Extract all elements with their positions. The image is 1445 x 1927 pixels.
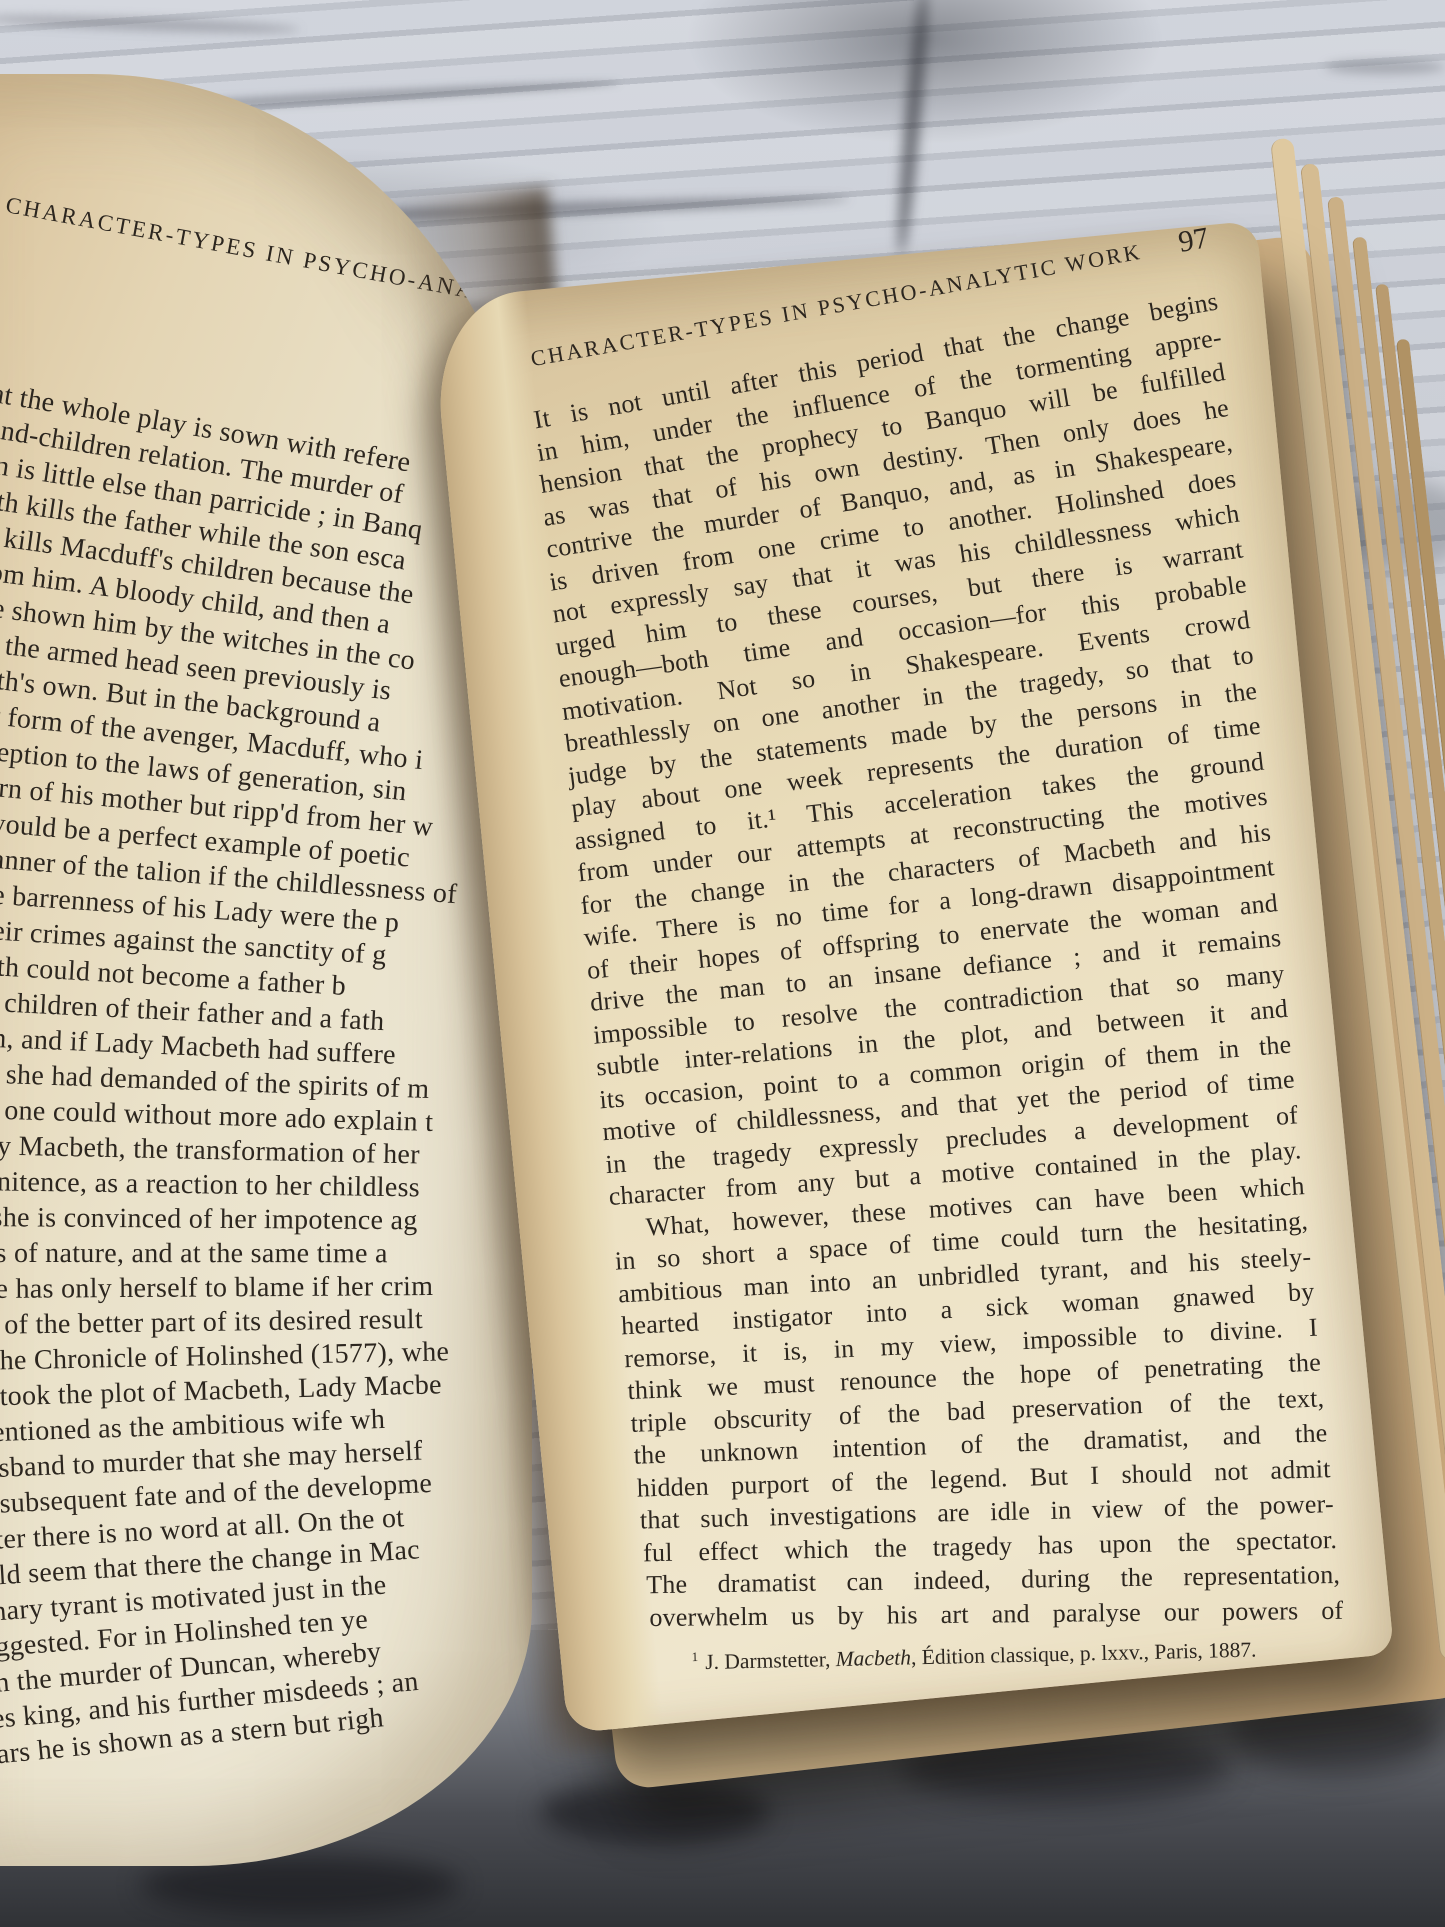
table-shadow-blob: [540, 1780, 770, 1844]
page-number: 97: [1176, 221, 1211, 260]
book-text-line: h she is convinced of her impotence ag: [0, 1200, 532, 1240]
book-text-line: overwhelm us by his art and paralyse our…: [649, 1594, 1343, 1634]
wood-grain-streak: [1325, 60, 1445, 74]
footnote-marker: 1: [692, 1650, 699, 1664]
book-photo-scene: CHARACTER-TYPES IN PSYCHO-ANALY that the…: [0, 0, 1445, 1927]
book-text-line: ees of nature, and at the same time a: [0, 1236, 532, 1272]
right-page-text: It is not until after this period that t…: [533, 338, 1342, 1634]
footnote-text: , Édition classique, p. lxxv., Paris, 18…: [911, 1638, 1257, 1670]
footnote-text: J. Darmstetter,: [705, 1647, 836, 1674]
right-page: CHARACTER-TYPES IN PSYCHO-ANALYTIC WORK …: [430, 220, 1394, 1733]
footnote-book-title: Macbeth: [835, 1645, 911, 1671]
